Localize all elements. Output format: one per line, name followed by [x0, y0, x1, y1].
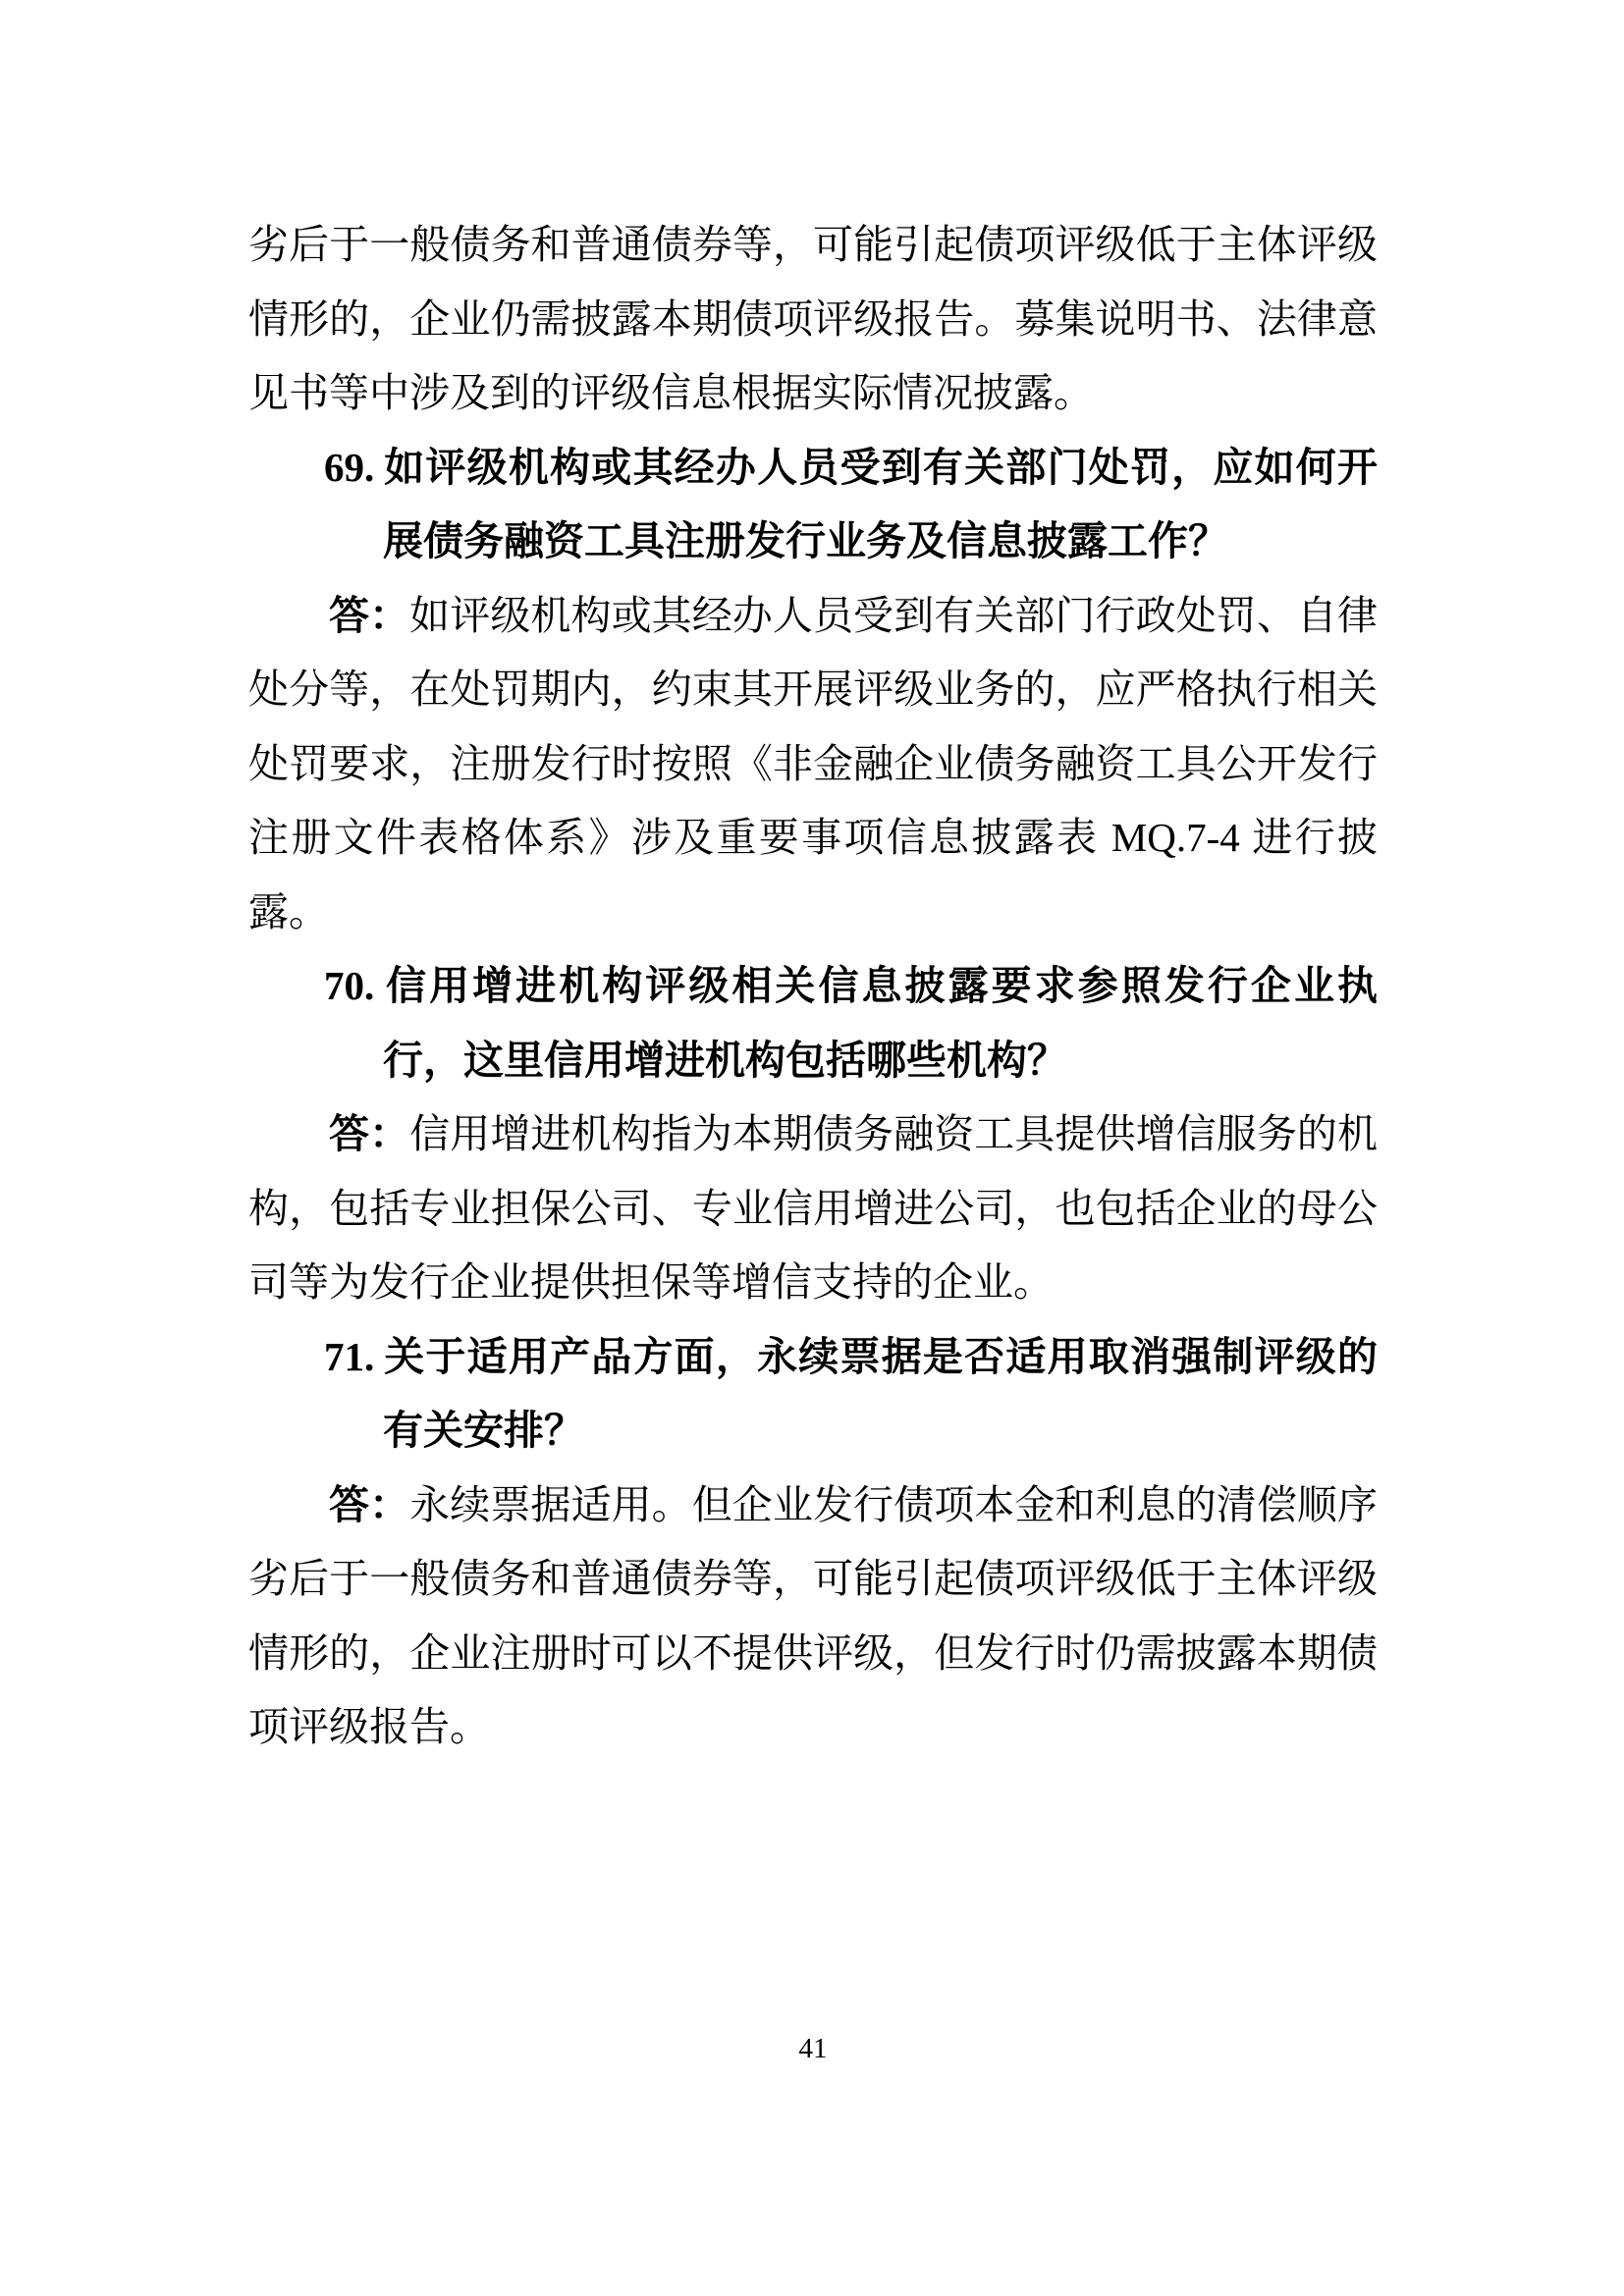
paragraph-continuation: 劣后于一般债务和普通债券等，可能引起债项评级低于主体评级情形的，企业仍需披露本期… [248, 208, 1378, 431]
question-71-text: 关于适用产品方面，永续票据是否适用取消强制评级的有关安排？ [383, 1334, 1378, 1454]
page-number: 41 [248, 2032, 1378, 2065]
question-69-text: 如评级机构或其经办人员受到有关部门处罚，应如何开展债务融资工具注册发行业务及信息… [383, 445, 1378, 564]
answer-70-text: 信用增进机构指为本期债务融资工具提供增信服务的机构，包括专业担保公司、专业信用增… [248, 1111, 1378, 1305]
answer-69-text: 如评级机构或其经办人员受到有关部门行政处罚、自律处分等，在处罚期内，约束其开展评… [248, 593, 1378, 934]
question-70-text: 信用增进机构评级相关信息披露要求参照发行企业执行，这里信用增进机构包括哪些机构？ [383, 963, 1378, 1083]
document-page: 劣后于一般债务和普通债券等，可能引起债项评级低于主体评级情形的，企业仍需披露本期… [0, 0, 1624, 2296]
answer-71: 答：永续票据适用。但企业发行债项本金和利息的清偿顺序劣后于一般债务和普通债券等，… [248, 1468, 1378, 1765]
answer-70-label: 答： [329, 1111, 409, 1156]
answer-71-label: 答： [329, 1482, 409, 1527]
question-70: 70.信用增进机构评级相关信息披露要求参照发行企业执行，这里信用增进机构包括哪些… [248, 949, 1378, 1097]
question-71: 71.关于适用产品方面，永续票据是否适用取消强制评级的有关安排？ [248, 1320, 1378, 1468]
document-text-block: 劣后于一般债务和普通债券等，可能引起债项评级低于主体评级情形的，企业仍需披露本期… [248, 208, 1378, 1765]
answer-69: 答：如评级机构或其经办人员受到有关部门行政处罚、自律处分等，在处罚期内，约束其开… [248, 579, 1378, 950]
answer-70: 答：信用增进机构指为本期债务融资工具提供增信服务的机构，包括专业担保公司、专业信… [248, 1097, 1378, 1320]
question-69-number: 69. [324, 431, 383, 506]
answer-69-label: 答： [329, 593, 409, 638]
answer-71-text: 永续票据适用。但企业发行债项本金和利息的清偿顺序劣后于一般债务和普通债券等，可能… [248, 1482, 1378, 1750]
question-71-number: 71. [324, 1320, 383, 1395]
question-69: 69.如评级机构或其经办人员受到有关部门处罚，应如何开展债务融资工具注册发行业务… [248, 431, 1378, 579]
question-70-number: 70. [324, 949, 383, 1024]
